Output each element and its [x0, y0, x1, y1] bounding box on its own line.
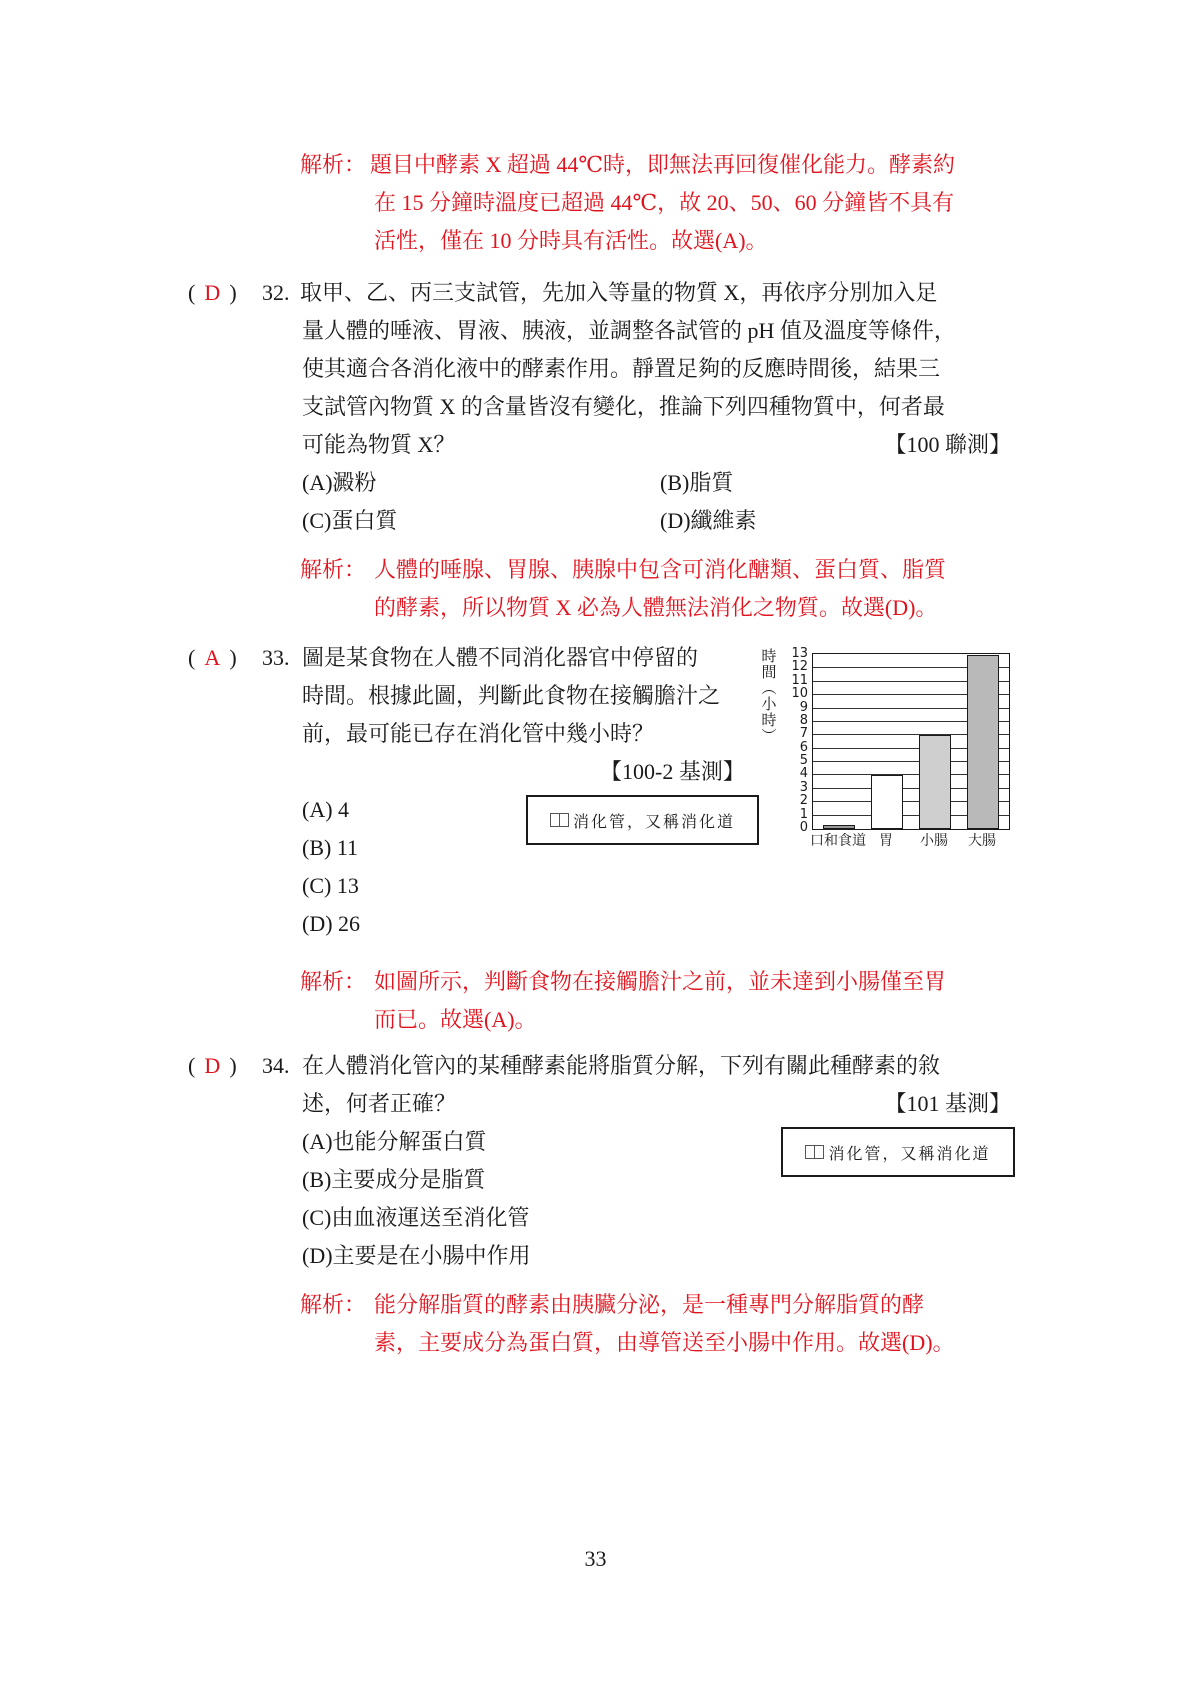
option-a: (A)澱粉 [302, 464, 377, 502]
y-tick: 11 [786, 674, 808, 687]
analysis-line: 題目中酵素 X 超過 44℃時，即無法再回復催化能力。酵素約 [370, 146, 1015, 184]
question-text: 前，最可能已存在消化管中幾小時？ [302, 715, 654, 753]
bar-2 [871, 775, 903, 829]
exam-source: 【100 聯測】 [884, 426, 1011, 464]
book-icon [550, 813, 570, 827]
exam-source: 【100-2 基測】 [600, 753, 745, 791]
analysis-line: 而已。故選(A)。 [374, 1001, 537, 1039]
answer-slot: (D) [188, 1047, 237, 1085]
answer-slot: (D) [188, 274, 237, 312]
option-a: (A) 4 [302, 791, 349, 829]
y-tick: 9 [786, 701, 808, 714]
question-number: 34. [262, 1047, 290, 1085]
page-number: 33 [0, 1546, 1191, 1572]
y-tick: 6 [786, 741, 808, 754]
option-a: (A)也能分解蛋白質 [302, 1123, 487, 1161]
option-b: (B)脂質 [660, 464, 733, 502]
question-text: 支試管內物質 X 的含量皆沒有變化，推論下列四種物質中，何者最 [302, 388, 945, 426]
analysis-label: 解析： [300, 1286, 366, 1324]
analysis-line: 能分解脂質的酵素由胰臟分泌，是一種專門分解脂質的酵 [374, 1286, 924, 1324]
question-text: 取甲、乙、丙三支試管，先加入等量的物質 X，再依序分別加入足 [300, 274, 937, 312]
option-c: (C)由血液運送至消化管 [302, 1199, 529, 1237]
question-text: 時間。根據此圖，判斷此食物在接觸膽汁之 [302, 677, 720, 715]
option-d: (D)纖維素 [660, 502, 757, 540]
option-b: (B)主要成分是脂質 [302, 1161, 485, 1199]
analysis-line: 如圖所示，判斷食物在接觸膽汁之前，並未達到小腸僅至胃 [374, 963, 946, 1001]
y-tick: 13 [786, 647, 808, 660]
bar-1 [823, 825, 855, 829]
analysis-line: 在 15 分鐘時溫度已超過 44℃，故 20、50、60 分鐘皆不具有 [374, 184, 954, 222]
y-tick: 2 [786, 794, 808, 807]
answer-letter: D [195, 274, 229, 312]
bar-4 [967, 655, 999, 829]
question-number: 32. [262, 274, 290, 312]
y-tick: 12 [786, 660, 808, 673]
answer-slot: (A) [188, 639, 237, 677]
plot-area [812, 653, 1010, 830]
y-tick: 3 [786, 781, 808, 794]
option-c: (C) 13 [302, 867, 359, 905]
y-tick: 10 [786, 687, 808, 700]
question-text: 量人體的唾液、胃液、胰液，並調整各試管的 pH 值及溫度等條件， [302, 312, 956, 350]
note-text: 消化管，又稱消化道 [573, 809, 735, 832]
question-text: 述，何者正確？ [302, 1085, 456, 1123]
digestion-time-chart: 時 間 ︵ 小 時 ︶ 012345678910111213 口和食道胃小腸大腸 [760, 648, 1020, 863]
analysis-line: 素，主要成分為蛋白質，由導管送至小腸中作用。故選(D)。 [374, 1324, 955, 1362]
question-number: 33. [262, 639, 290, 677]
y-tick: 7 [786, 727, 808, 740]
option-c: (C)蛋白質 [302, 502, 397, 540]
question-text: 在人體消化管內的某種酵素能將脂質分解，下列有關此種酵素的敘 [302, 1047, 940, 1085]
question-text: 圖是某食物在人體不同消化器官中停留的 [302, 639, 698, 677]
option-d: (D) 26 [302, 905, 360, 943]
question-text: 使其適合各消化液中的酵素作用。靜置足夠的反應時間後，結果三 [302, 350, 940, 388]
analysis-label: 解析： [300, 146, 366, 184]
y-tick: 5 [786, 754, 808, 767]
note-text: 消化管，又稱消化道 [828, 1141, 990, 1164]
y-tick: 4 [786, 767, 808, 780]
bar-3 [919, 735, 951, 829]
book-icon [805, 1145, 825, 1159]
exam-source: 【101 基測】 [884, 1085, 1011, 1123]
analysis-line: 人體的唾腺、胃腺、胰腺中包含可消化醣類、蛋白質、脂質 [374, 551, 946, 589]
answer-letter: D [195, 1047, 229, 1085]
analysis-label: 解析： [300, 551, 366, 589]
y-tick: 8 [786, 714, 808, 727]
option-b: (B) 11 [302, 829, 358, 867]
option-d: (D)主要是在小腸中作用 [302, 1237, 531, 1275]
question-text: 可能為物質 X？ [302, 426, 455, 464]
analysis-line: 的酵素，所以物質 X 必為人體無法消化之物質。故選(D)。 [374, 589, 937, 627]
analysis-line: 活性，僅在 10 分時具有活性。故選(A)。 [374, 222, 768, 260]
x-category-label: 大腸 [942, 830, 1022, 850]
y-axis-label: 時 間 ︵ 小 時 ︶ [760, 648, 778, 744]
analysis-label: 解析： [300, 963, 366, 1001]
note-box: 消化管，又稱消化道 [781, 1127, 1015, 1177]
y-tick: 1 [786, 808, 808, 821]
note-box: 消化管，又稱消化道 [526, 795, 759, 845]
answer-letter: A [195, 639, 229, 677]
